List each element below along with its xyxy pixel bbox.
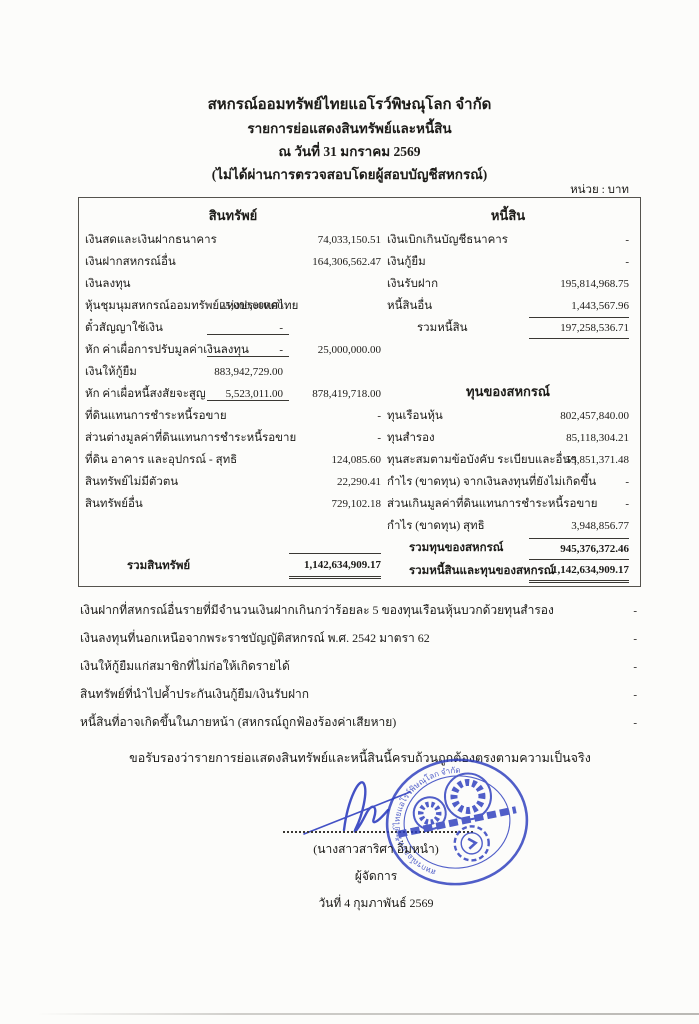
- certification-statement: ขอรับรองว่ารายการย่อแสดงสินทรัพย์และหนี้…: [0, 748, 699, 768]
- equity-amount: 802,457,840.00: [529, 410, 629, 422]
- asset-amount-inner: 5,523,011.00: [207, 388, 289, 401]
- equity-total-label: รวมทุนของสหกรณ์: [387, 539, 529, 557]
- asset-label: ตั๋วสัญญาใช้เงิน: [85, 319, 207, 337]
- note-amount: -: [633, 605, 637, 617]
- liability-row: เงินกู้ยืม -: [387, 251, 629, 273]
- assets-total-amount: 1,142,634,909.17: [289, 553, 381, 579]
- grand-total-amount: 1,142,634,909.17: [529, 559, 629, 583]
- liability-amount: -: [529, 234, 629, 246]
- equity-row: ส่วนเกินมูลค่าที่ดินแทนการชำระหนี้รอขาย …: [387, 493, 629, 515]
- asset-row: ส่วนต่างมูลค่าที่ดินแทนการชำระหนี้รอขาย …: [85, 427, 381, 449]
- asset-row: หุ้นชุมนุมสหกรณ์ออมทรัพย์แห่งประเทศไทย 2…: [85, 295, 381, 317]
- liabilities-total-row: รวมหนี้สิน 197,258,536.71: [387, 317, 629, 339]
- grand-total-label: รวมหนี้สินและทุนของสหกรณ์: [387, 562, 529, 580]
- asset-label: ส่วนต่างมูลค่าที่ดินแทนการชำระหนี้รอขาย: [85, 429, 207, 447]
- liability-row: เงินรับฝาก 195,814,968.75: [387, 273, 629, 295]
- equity-amount: 53,851,371.48: [529, 454, 629, 466]
- asset-row: สินทรัพย์ไม่มีตัวตน 22,290.41: [85, 471, 381, 493]
- doc-title: รายการย่อแสดงสินทรัพย์และหนี้สิน: [0, 117, 699, 140]
- liability-amount: 195,814,968.75: [529, 278, 629, 290]
- assets-column: สินทรัพย์ เงินสดและเงินฝากธนาคาร 74,033,…: [79, 198, 385, 586]
- note-text: สินทรัพย์ที่นำไปค้ำประกันเงินกู้ยืม/เงิน…: [80, 685, 309, 704]
- scanned-document-page: สหกรณ์ออมทรัพย์ไทยแอโรว์พิษณุโลก จำกัด ร…: [0, 0, 699, 1024]
- assets-title: สินทรัพย์: [85, 203, 381, 229]
- asset-row: ที่ดิน อาคาร และอุปกรณ์ - สุทธิ 124,085.…: [85, 449, 381, 471]
- asset-row: ตั๋วสัญญาใช้เงิน -: [85, 317, 381, 339]
- equity-label: ทุนสะสมตามข้อบังคับ ระเบียบและอื่นๆ: [387, 451, 529, 469]
- asset-label: เงินฝากสหกรณ์อื่น: [85, 253, 207, 271]
- asset-label: ที่ดินแทนการชำระหนี้รอขาย: [85, 407, 207, 425]
- liability-amount: 1,443,567.96: [529, 300, 629, 312]
- note-row: เงินฝากที่สหกรณ์อื่นรายที่มีจำนวนเงินฝาก…: [80, 601, 637, 629]
- equity-label: ส่วนเกินมูลค่าที่ดินแทนการชำระหนี้รอขาย: [387, 495, 529, 513]
- equity-title: ทุนของสหกรณ์: [387, 379, 629, 405]
- equity-total-row: รวมทุนของสหกรณ์ 945,376,372.46: [387, 537, 629, 559]
- asset-label: หัก ค่าเผื่อหนี้สงสัยจะสูญ: [85, 385, 207, 403]
- disclosure-notes: เงินฝากที่สหกรณ์อื่นรายที่มีจำนวนเงินฝาก…: [80, 601, 637, 741]
- equity-label: ทุนเรือนหุ้น: [387, 407, 529, 425]
- org-name: สหกรณ์ออมทรัพย์ไทยแอโรว์พิษณุโลก จำกัด: [0, 93, 699, 117]
- asset-amount-outer: 124,085.60: [289, 454, 381, 466]
- asset-row: เงินสดและเงินฝากธนาคาร 74,033,150.51: [85, 229, 381, 251]
- note-row: เงินให้กู้ยืมแก่สมาชิกที่ไม่ก่อให้เกิดรา…: [80, 657, 637, 685]
- asset-row: เงินฝากสหกรณ์อื่น 164,306,562.47: [85, 251, 381, 273]
- equity-row: กำไร (ขาดทุน) จากเงินลงทุนที่ยังไม่เกิดข…: [387, 471, 629, 493]
- note-amount: -: [633, 633, 637, 645]
- asset-amount-outer: 164,306,562.47: [289, 256, 381, 268]
- asset-label: สินทรัพย์อื่น: [85, 495, 207, 513]
- equity-row: กำไร (ขาดทุน) สุทธิ 3,948,856.77: [387, 515, 629, 537]
- equity-label: กำไร (ขาดทุน) สุทธิ: [387, 517, 529, 535]
- asset-label: เงินลงทุน: [85, 275, 207, 293]
- assets-total-label: รวมสินทรัพย์: [85, 557, 207, 575]
- liability-amount: -: [529, 256, 629, 268]
- equity-amount: 85,118,304.21: [529, 432, 629, 444]
- equity-label: กำไร (ขาดทุน) จากเงินลงทุนที่ยังไม่เกิดข…: [387, 473, 529, 491]
- document-header: สหกรณ์ออมทรัพย์ไทยแอโรว์พิษณุโลก จำกัด ร…: [0, 93, 699, 186]
- asset-amount-inner: -: [207, 322, 289, 335]
- assets-total-row: รวมสินทรัพย์ 1,142,634,909.17: [85, 553, 381, 579]
- grand-total-row: รวมหนี้สินและทุนของสหกรณ์ 1,142,634,909.…: [387, 559, 629, 581]
- asset-amount-inner: 883,942,729.00: [207, 366, 289, 378]
- asset-label: หุ้นชุมนุมสหกรณ์ออมทรัพย์แห่งประเทศไทย: [85, 297, 207, 315]
- signature-block: (นางสาวสาริศา อิ่มหนำ) ผู้จัดการ วันที่ …: [0, 836, 699, 917]
- equity-amount: 3,948,856.77: [529, 520, 629, 532]
- note-text: เงินลงทุนที่นอกเหนือจากพระราชบัญญัติสหกร…: [80, 629, 430, 648]
- signature-date: วันที่ 4 กุมภาพันธ์ 2569: [0, 890, 699, 917]
- asset-row: เงินให้กู้ยืม 883,942,729.00: [85, 361, 381, 383]
- note-text: เงินให้กู้ยืมแก่สมาชิกที่ไม่ก่อให้เกิดรา…: [80, 657, 290, 676]
- equity-row: ทุนสำรอง 85,118,304.21: [387, 427, 629, 449]
- note-amount: -: [633, 689, 637, 701]
- liability-label: เงินกู้ยืม: [387, 253, 529, 271]
- liability-row: หนี้สินอื่น 1,443,567.96: [387, 295, 629, 317]
- signer-position: ผู้จัดการ: [0, 863, 699, 890]
- asset-amount-outer: 22,290.41: [289, 476, 381, 488]
- equity-row: ทุนเรือนหุ้น 802,457,840.00: [387, 405, 629, 427]
- equity-amount: -: [529, 498, 629, 510]
- asset-label: เงินให้กู้ยืม: [85, 363, 207, 381]
- equity-total-amount: 945,376,372.46: [529, 538, 629, 559]
- asset-label: ที่ดิน อาคาร และอุปกรณ์ - สุทธิ: [85, 451, 207, 469]
- note-text: เงินฝากที่สหกรณ์อื่นรายที่มีจำนวนเงินฝาก…: [80, 601, 554, 620]
- liabilities-total-amount: 197,258,536.71: [529, 317, 629, 339]
- liabilities-column: หนี้สิน เงินเบิกเกินบัญชีธนาคาร - เงินกู…: [385, 198, 636, 586]
- note-row: เงินลงทุนที่นอกเหนือจากพระราชบัญญัติสหกร…: [80, 629, 637, 657]
- liability-label: หนี้สินอื่น: [387, 297, 529, 315]
- balance-sheet-table: สินทรัพย์ เงินสดและเงินฝากธนาคาร 74,033,…: [78, 197, 641, 587]
- asset-row: เงินลงทุน: [85, 273, 381, 295]
- signer-name: (นางสาวสาริศา อิ่มหนำ): [0, 836, 699, 863]
- liability-label: เงินรับฝาก: [387, 275, 529, 293]
- liabilities-total-label: รวมหนี้สิน: [387, 319, 529, 337]
- asset-amount-outer: 25,000,000.00: [289, 344, 381, 356]
- note-text: หนี้สินที่อาจเกิดขึ้นในภายหน้า (สหกรณ์ถู…: [80, 713, 396, 732]
- asset-row: หัก ค่าเผื่อการปรับมูลค่าเงินลงทุน - 25,…: [85, 339, 381, 361]
- liability-label: เงินเบิกเกินบัญชีธนาคาร: [387, 231, 529, 249]
- asset-row: หัก ค่าเผื่อหนี้สงสัยจะสูญ 5,523,011.00 …: [85, 383, 381, 405]
- asset-label: เงินสดและเงินฝากธนาคาร: [85, 231, 207, 249]
- as-of-date: ณ วันที่ 31 มกราคม 2569: [0, 140, 699, 163]
- asset-amount-outer: 74,033,150.51: [289, 234, 381, 246]
- asset-amount-outer: 729,102.18: [289, 498, 381, 510]
- asset-amount-inner: -: [207, 344, 289, 357]
- asset-amount-inner: 25,000,000.00: [207, 300, 289, 312]
- note-amount: -: [633, 717, 637, 729]
- liabilities-title: หนี้สิน: [387, 203, 629, 229]
- scan-edge-artifact: [36, 1013, 699, 1015]
- asset-amount-outer: -: [289, 432, 381, 444]
- equity-row: ทุนสะสมตามข้อบังคับ ระเบียบและอื่นๆ 53,8…: [387, 449, 629, 471]
- equity-amount: -: [529, 476, 629, 488]
- liability-row: เงินเบิกเกินบัญชีธนาคาร -: [387, 229, 629, 251]
- asset-label: สินทรัพย์ไม่มีตัวตน: [85, 473, 207, 491]
- note-row: สินทรัพย์ที่นำไปค้ำประกันเงินกู้ยืม/เงิน…: [80, 685, 637, 713]
- asset-row: สินทรัพย์อื่น 729,102.18: [85, 493, 381, 515]
- asset-row: ที่ดินแทนการชำระหนี้รอขาย -: [85, 405, 381, 427]
- asset-amount-outer: -: [289, 410, 381, 422]
- asset-label: หัก ค่าเผื่อการปรับมูลค่าเงินลงทุน: [85, 341, 207, 359]
- equity-label: ทุนสำรอง: [387, 429, 529, 447]
- note-amount: -: [633, 661, 637, 673]
- asset-amount-outer: 878,419,718.00: [289, 388, 381, 400]
- note-row: หนี้สินที่อาจเกิดขึ้นในภายหน้า (สหกรณ์ถู…: [80, 713, 637, 741]
